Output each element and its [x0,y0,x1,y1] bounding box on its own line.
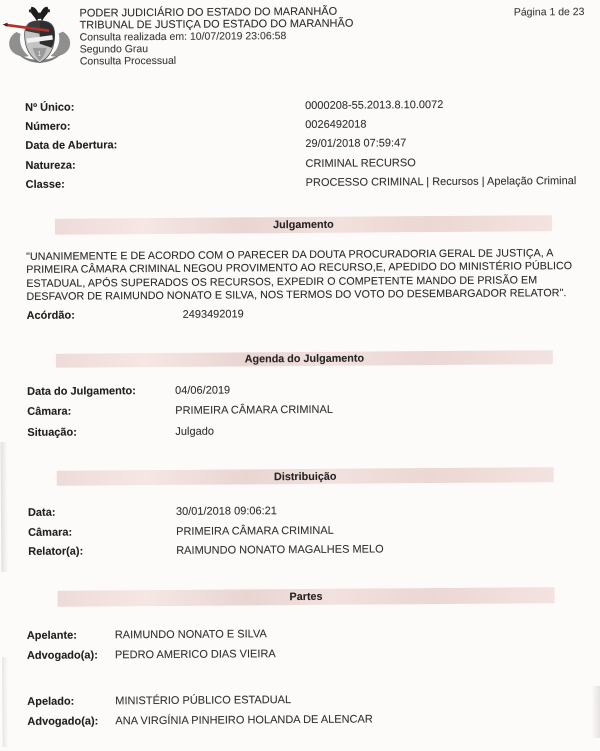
partes-group-apelado: Apelado: MINISTÉRIO PÚBLICO ESTADUAL Adv… [27,692,592,736]
svg-text:1: 1 [37,51,41,58]
field-value: MINISTÉRIO PÚBLICO ESTADUAL [115,694,291,707]
field-value: PROCESSO CRIMINAL | Recursos | Apelação … [306,175,577,189]
field-value: 0000208-55.2013.8.10.0072 [305,99,443,112]
scan-artifact [2,657,9,747]
field-value: CRIMINAL RECURSO [305,157,415,170]
document-header: PODER JUDICIÁRIO DO ESTADO DO MARANHÃO T… [79,6,353,68]
field-row-advogado-apelante: Advogado(a): PEDRO AMERICO DIAS VIEIRA [27,646,592,670]
field-value: 29/01/2018 07:59:47 [305,138,406,151]
field-row-advogado-apelado: Advogado(a): ANA VIRGÍNIA PINHEIRO HOLAN… [27,712,592,736]
section-header-partes: Partes [57,587,554,606]
field-value: 04/06/2019 [175,384,230,396]
field-value: RAIMUNDO NONATO MAGALHES MELO [176,544,383,557]
org-name-line2: TRIBUNAL DE JUSTIÇA DO ESTADO DO MARANHÃ… [80,18,354,32]
field-label: Câmara: [28,525,176,538]
field-label: Data: [28,506,176,519]
scan-tilt-wrapper: 1 PODER JUDICIÁRIO DO ESTADO DO MARANHÃO… [0,0,600,751]
consulta-type-label: Consulta Processual [80,54,354,68]
field-label: Apelado: [27,695,115,708]
agenda-fields: Data do Julgamento: 04/06/2019 Câmara: P… [27,382,590,447]
distribuicao-fields: Data: 30/01/2018 09:06:21 Câmara: PRIMEI… [28,503,591,566]
field-value: PEDRO AMERICO DIAS VIEIRA [115,648,276,661]
page-number: Página 1 de 23 [514,6,585,18]
field-label: Classe: [26,177,306,191]
field-label: Número: [25,119,305,133]
field-label: Acórdão: [27,309,183,322]
section-header-distribuicao: Distribuição [57,467,554,485]
field-value: Julgado [175,425,214,437]
field-label: Apelante: [27,629,115,642]
field-label: Data do Julgamento: [27,385,175,398]
field-label: Natureza: [25,158,305,172]
section-header-agenda: Agenda do Julgamento [56,350,553,367]
julgamento-decision-text: "UNANIMEMENTE E DE ACORDO COM O PARECER … [26,247,582,305]
scanned-court-document: 1 PODER JUDICIÁRIO DO ESTADO DO MARANHÃO… [0,0,600,751]
partes-group-apelante: Apelante: RAIMUNDO NONATO E SILVA Advoga… [27,626,592,670]
field-value: ANA VIRGÍNIA PINHEIRO HOLANDA DE ALENCAR [115,714,372,728]
field-value: 2493492019 [183,308,244,320]
field-label: Situação: [27,425,175,438]
section-header-julgamento: Julgamento [55,215,552,234]
tjma-coat-of-arms-icon: 1 [2,4,76,71]
field-row-acordao: Acórdão: 2493492019 [27,308,244,322]
field-row-classe: Classe: PROCESSO CRIMINAL | Recursos | A… [26,175,589,198]
field-label: Nº Único: [25,100,305,114]
field-value: 0026492018 [305,119,366,131]
field-label: Relator(a): [28,545,176,558]
process-fields: Nº Único: 0000208-55.2013.8.10.0072 Núme… [25,98,589,198]
field-value: RAIMUNDO NONATO E SILVA [115,628,267,641]
field-value: 30/01/2018 09:06:21 [176,505,277,518]
field-value: PRIMEIRA CÂMARA CRIMINAL [176,524,334,537]
field-row-situacao: Situação: Julgado [27,423,590,447]
field-label: Advogado(a): [27,649,115,662]
field-row-relator: Relator(a): RAIMUNDO NONATO MAGALHES MEL… [28,542,591,566]
scan-artifact [0,442,8,572]
field-value: PRIMEIRA CÂMARA CRIMINAL [175,404,333,417]
field-label: Data de Abertura: [25,138,305,152]
field-label: Câmara: [27,405,175,418]
field-label: Advogado(a): [27,715,115,728]
